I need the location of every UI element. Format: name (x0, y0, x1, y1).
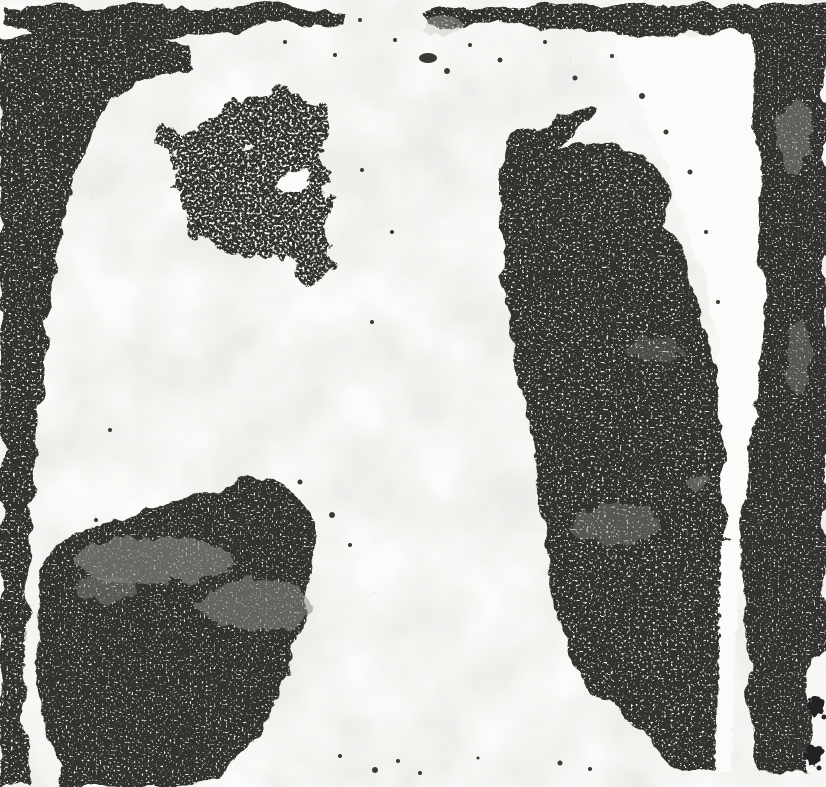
photocopy-grain-overlay (0, 0, 826, 787)
chest-radiograph-image (0, 0, 826, 787)
radiograph-stage: High-contrast grainy halftone reproducti… (0, 0, 826, 787)
chest-radiograph-figure: High-contrast grainy halftone reproducti… (0, 0, 826, 787)
